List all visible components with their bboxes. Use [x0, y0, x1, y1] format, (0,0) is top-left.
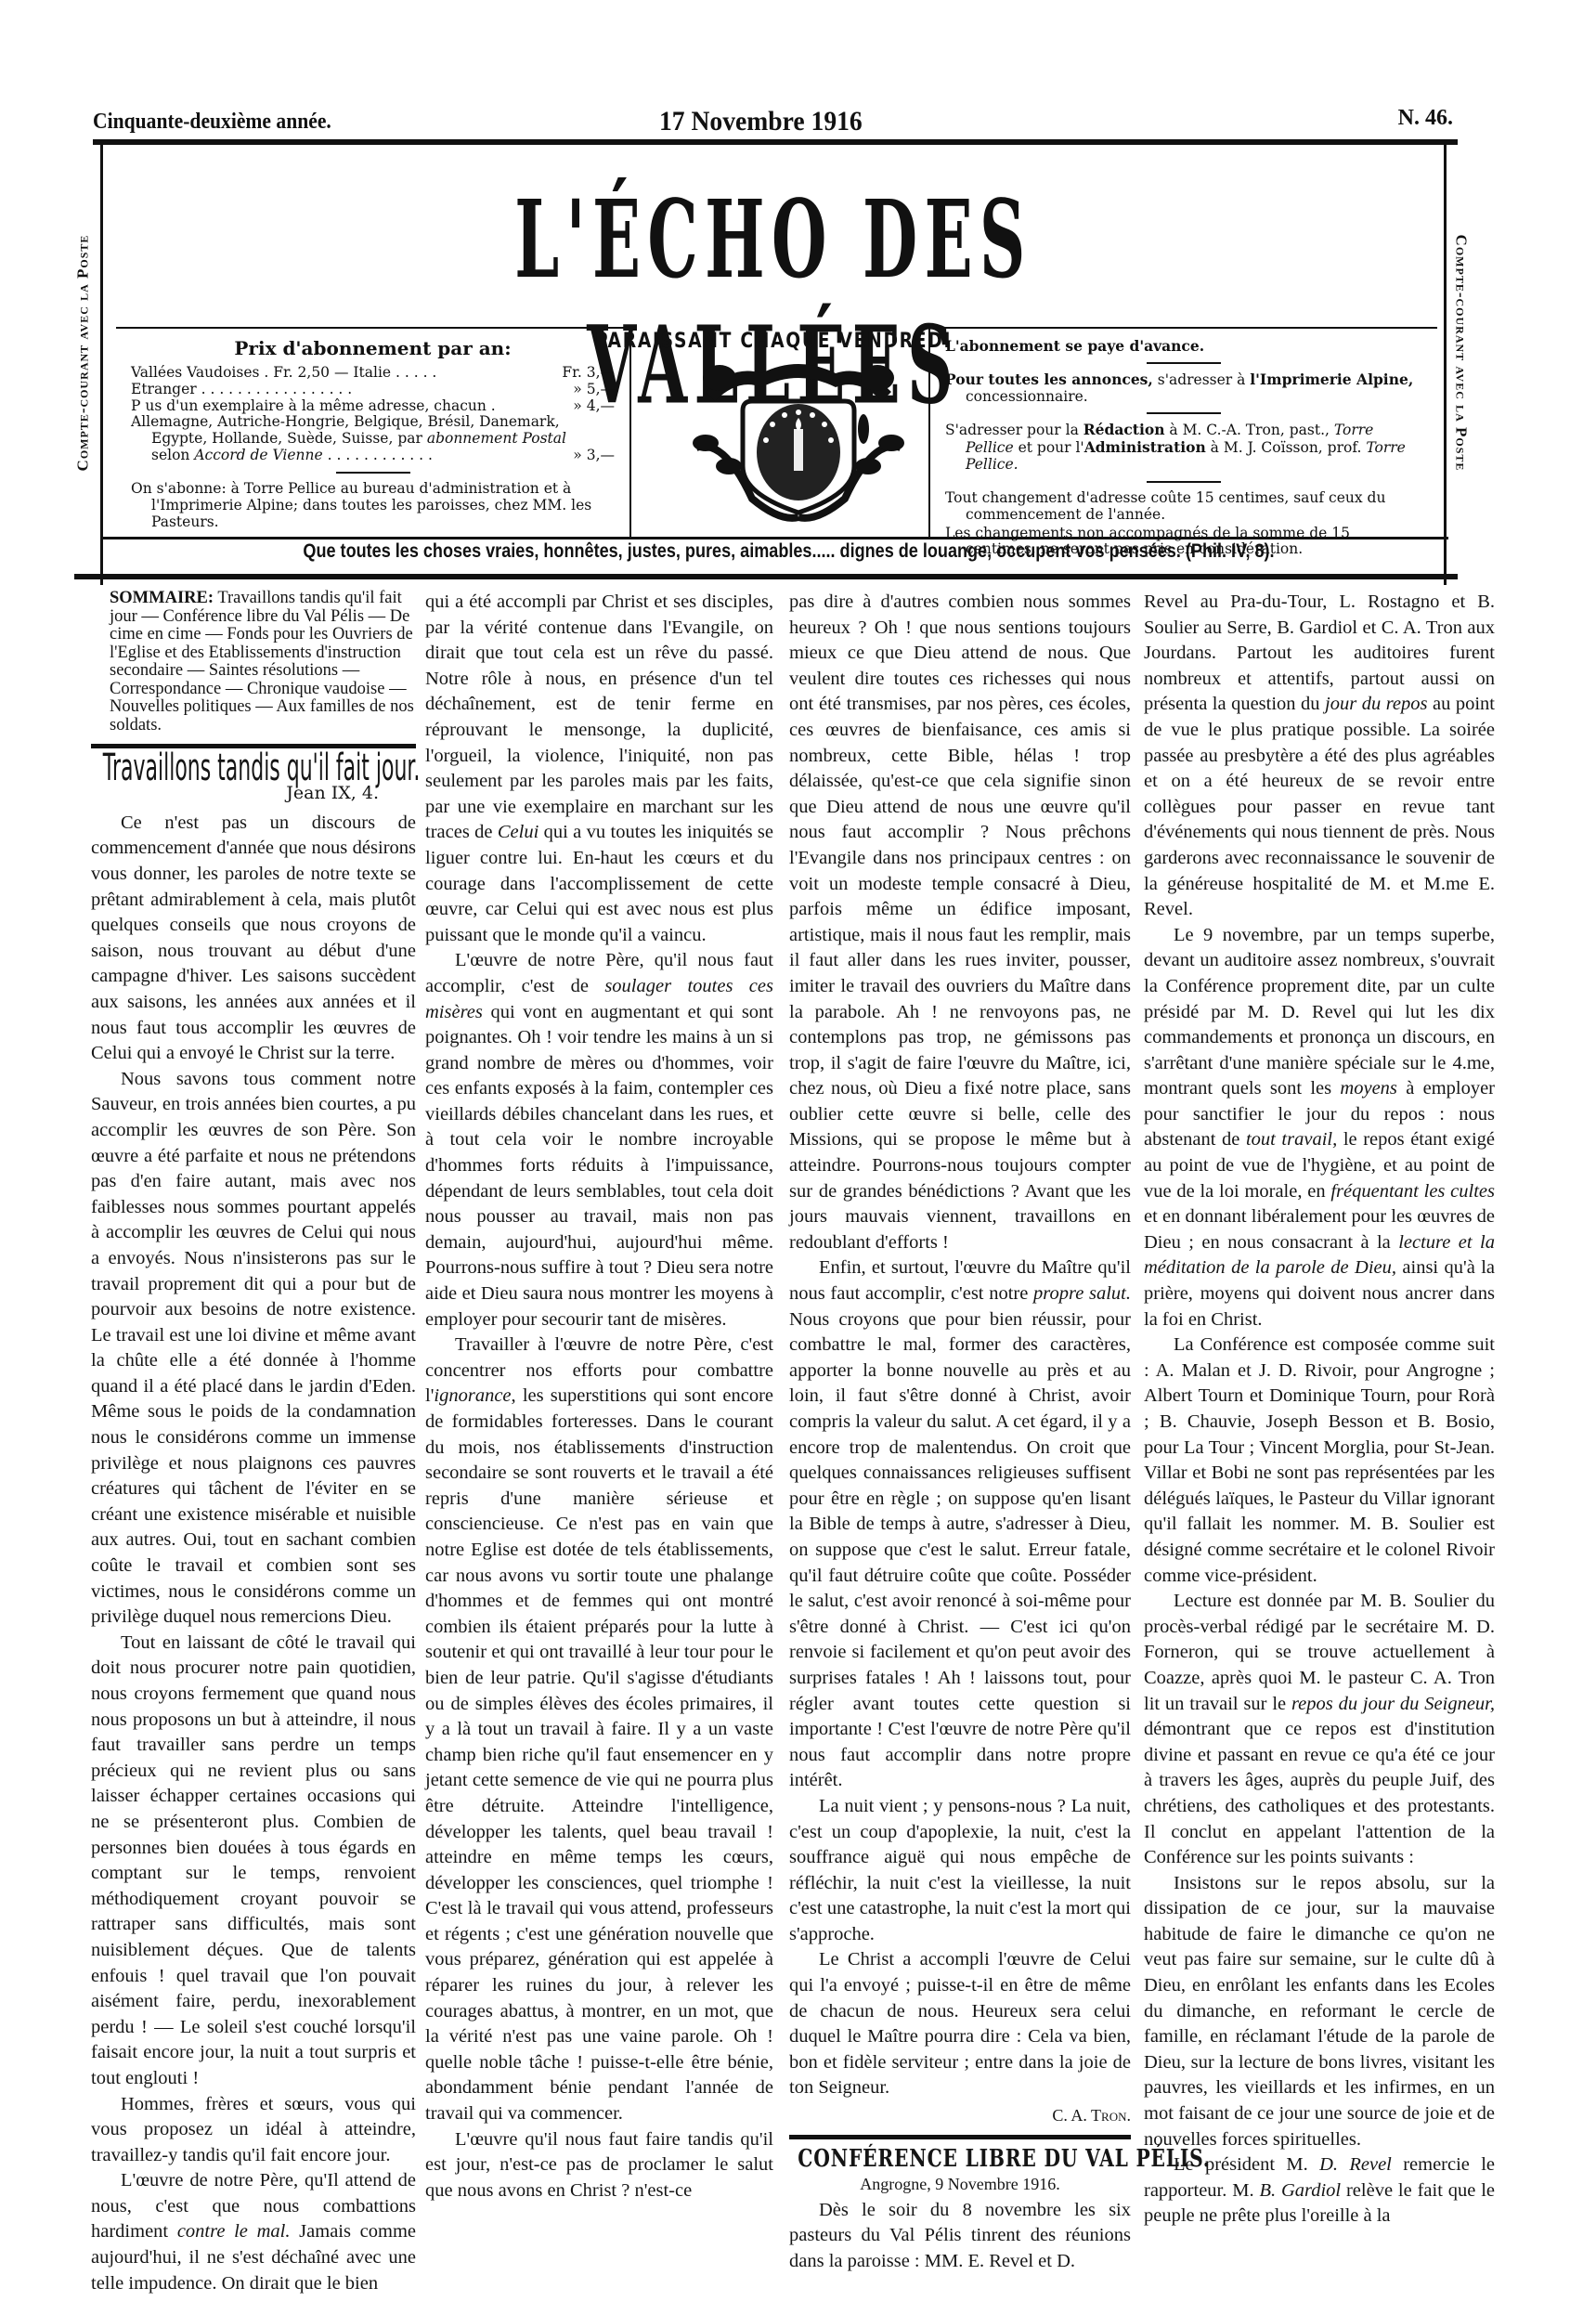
- issue-date: 17 Novembre 1916: [659, 106, 863, 137]
- info-box: L'abonnement se paye d'avance. Pour tout…: [928, 327, 1437, 539]
- divider: [1147, 481, 1221, 483]
- price-row: Etranger . . . . . . . . . . . . . . . .…: [131, 382, 615, 398]
- section-divider: [789, 2135, 1131, 2139]
- paragraph: Nous savons tous comment notre Sauveur, …: [91, 1067, 416, 1631]
- signature: C. A. Tron.: [789, 2103, 1131, 2129]
- address-change-note: Tout changement d'adresse coûte 15 centi…: [945, 490, 1422, 524]
- paragraph: Revel au Pra-du-Tour, L. Rostagno et B. …: [1144, 590, 1495, 923]
- issue-number: N. 46.: [1398, 106, 1453, 131]
- divider: [1147, 412, 1221, 414]
- side-text-right: Compte-courant avec la Poste: [1447, 158, 1474, 548]
- column-3: pas dire à d'autres combien nous sommes …: [789, 590, 1131, 2275]
- paragraph: La nuit vient ; y pensons-nous ? La nuit…: [789, 1794, 1131, 1948]
- column-4: Revel au Pra-du-Tour, L. Rostagno et B. …: [1144, 590, 1495, 2229]
- ads-note: Pour toutes les annonces, s'adresser à l…: [945, 371, 1422, 406]
- price-row: Vallées Vaudoises . Fr. 2,50 — Italie . …: [131, 365, 615, 382]
- paragraph: Travailler à l'œuvre de notre Père, c'es…: [425, 1332, 773, 2126]
- article-title: CONFÉRENCE LIBRE DU VAL PÉLIS.: [798, 2147, 1122, 2173]
- divider: [1147, 362, 1221, 364]
- paragraph: Le président M. D. Revel remercie le rap…: [1144, 2152, 1495, 2229]
- sommaire: SOMMAIRE: Travaillons tandis qu'il fait …: [91, 590, 416, 734]
- masthead-top-line: Cinquante-deuxième année. 17 Novembre 19…: [93, 110, 1453, 137]
- paragraph: Lecture est donnée par M. B. Soulier du …: [1144, 1589, 1495, 1871]
- side-text-left: Compte-courant avec la Poste: [69, 158, 97, 548]
- price-row: P us d'un exemplaire à la même adresse, …: [131, 398, 615, 415]
- paragraph: L'œuvre qu'il nous faut faire tandis qu'…: [425, 2127, 773, 2204]
- motto-rule-top: [102, 537, 1448, 539]
- paragraph: L'œuvre de notre Père, qu'il nous faut a…: [425, 948, 773, 1332]
- paragraph: Hommes, frères et sœurs, vous qui vous p…: [91, 2092, 416, 2169]
- column-1: SOMMAIRE: Travaillons tandis qu'il fait …: [91, 590, 416, 2296]
- column-2: qui a été accompli par Christ et ses dis…: [425, 590, 773, 2203]
- paragraph: Insistons sur le repos absolu, sur la di…: [1144, 1871, 1495, 2153]
- paragraph: Ce n'est pas un discours de commencement…: [91, 811, 416, 1067]
- paragraph: pas dire à d'autres combien nous sommes …: [789, 590, 1131, 1255]
- dateline: Angrogne, 9 Novembre 1916.: [789, 2172, 1131, 2198]
- paragraph: qui a été accompli par Christ et ses dis…: [425, 590, 773, 948]
- article-title: Travaillons tandis qu'il fait jour.: [103, 756, 405, 781]
- year-label: Cinquante-deuxième année.: [93, 110, 331, 135]
- motto-rule-bottom: [74, 574, 1458, 579]
- paragraph: Le 9 novembre, par un temps superbe, dev…: [1144, 923, 1495, 1333]
- divider: [336, 472, 410, 474]
- subscribe-note: On s'abonne: à Torre Pellice au bureau d…: [131, 481, 615, 530]
- postal-countries: Allemagne, Autriche-Hongrie, Belgique, B…: [131, 414, 615, 431]
- paragraph: Dès le soir du 8 novembre les six pasteu…: [789, 2198, 1131, 2275]
- subscription-heading: Prix d'abonnement par an:: [131, 338, 615, 359]
- waldensian-crest-icon: [668, 336, 928, 531]
- paragraph: La Conférence est composée comme suit : …: [1144, 1332, 1495, 1589]
- paragraph: Le Christ a accompli l'œuvre de Celui qu…: [789, 1947, 1131, 2101]
- advance-note: L'abonnement se paye d'avance.: [945, 338, 1422, 355]
- paragraph: L'œuvre de notre Père, qu'Il attend de n…: [91, 2168, 416, 2296]
- motto: Que toutes les choses vraies, honnêtes, …: [214, 540, 1364, 563]
- paragraph: Tout en laissant de côté le travail qui …: [91, 1631, 416, 2092]
- paragraph: Enfin, et surtout, l'œuvre du Maître qu'…: [789, 1255, 1131, 1793]
- subscription-box: Prix d'abonnement par an: Vallées Vaudoi…: [116, 327, 631, 539]
- contact-note: S'adresser pour la Rédaction à M. C.-A. …: [945, 422, 1422, 473]
